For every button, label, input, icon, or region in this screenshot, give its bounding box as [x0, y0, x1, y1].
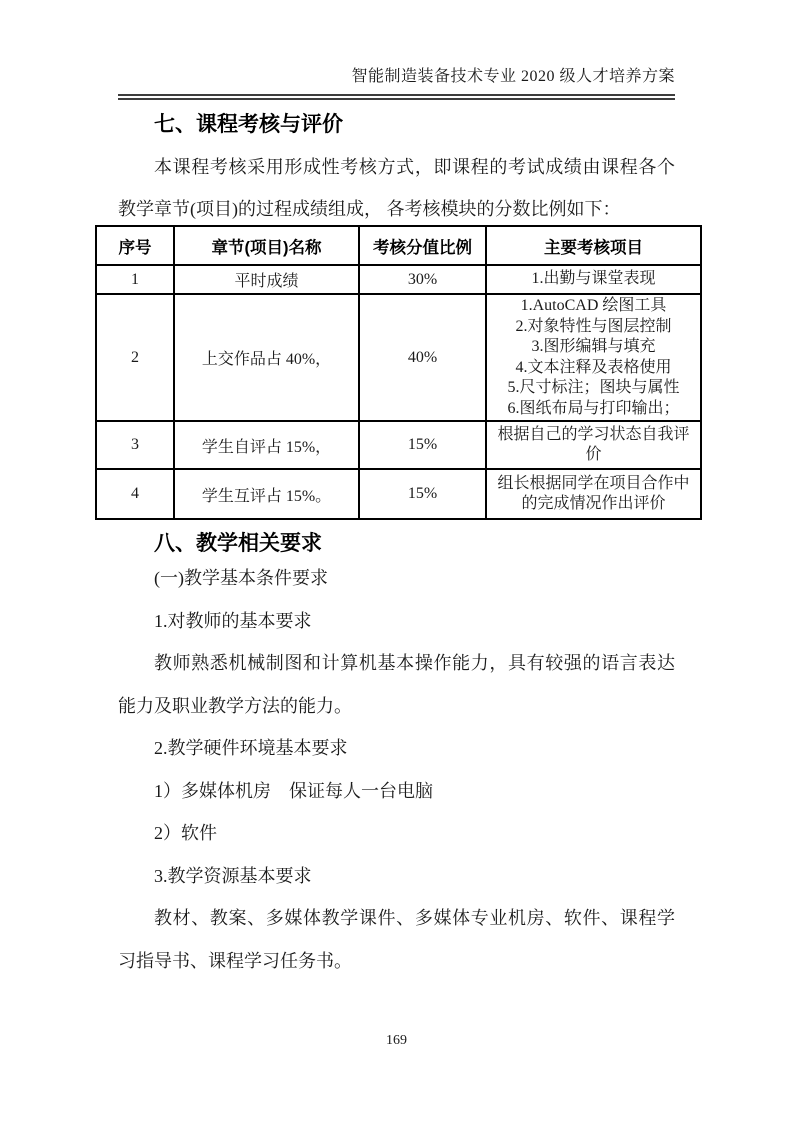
col-header-score-ratio: 考核分值比例 [359, 226, 486, 265]
table-row: 2 上交作品占 40%， 40% 1.AutoCAD 绘图工具 2.对象特性与图… [96, 294, 701, 421]
cell-score-ratio: 40% [359, 294, 486, 421]
item-line: 1.出勤与课堂表现 [491, 269, 696, 290]
cell-main-items: 1.AutoCAD 绘图工具 2.对象特性与图层控制 3.图形编辑与填充 4.文… [486, 294, 701, 421]
col-header-chapter-name: 章节(项目)名称 [174, 226, 359, 265]
item-line: 4.文本注释及表格使用 [491, 358, 696, 379]
item-line: 2.对象特性与图层控制 [491, 317, 696, 338]
page-number: 169 [0, 1033, 793, 1049]
running-header: 智能制造装备技术专业 2020 级人才培养方案 [118, 63, 675, 86]
cell-index: 3 [96, 421, 174, 469]
item-line: 3.图形编辑与填充 [491, 337, 696, 358]
cell-chapter-name: 上交作品占 40%， [174, 294, 359, 421]
table-row: 4 学生互评占 15%。 15% 组长根据同学在项目合作中的完成情况作出评价 [96, 469, 701, 519]
cell-chapter-name: 平时成绩 [174, 265, 359, 294]
paragraph: (一)教学基本条件要求 [118, 557, 675, 600]
paragraph: 3.教学资源基本要求 [118, 855, 675, 898]
assessment-table: 序号 章节(项目)名称 考核分值比例 主要考核项目 1 平时成绩 30% 1.出… [95, 225, 702, 520]
col-header-index: 序号 [96, 226, 174, 265]
cell-score-ratio: 15% [359, 469, 486, 519]
paragraph: 2.教学硬件环境基本要求 [118, 727, 675, 770]
section-7-title: 七、课程考核与评价 [154, 108, 343, 138]
paragraph: 1）多媒体机房 保证每人一台电脑 [118, 770, 675, 813]
cell-chapter-name: 学生互评占 15%。 [174, 469, 359, 519]
section-7-intro-paragraph: 本课程考核采用形成性考核方式，即课程的考试成绩由课程各个教学章节(项目)的过程成… [118, 146, 675, 230]
cell-index: 4 [96, 469, 174, 519]
header-rule [118, 94, 675, 100]
section-8-body: (一)教学基本条件要求 1.对教师的基本要求 教师熟悉机械制图和计算机基本操作能… [118, 557, 675, 982]
cell-main-items: 1.出勤与课堂表现 [486, 265, 701, 294]
table-row: 3 学生自评占 15%， 15% 根据自己的学习状态自我评价 [96, 421, 701, 469]
section-8-title: 八、教学相关要求 [154, 527, 322, 557]
cell-main-items: 根据自己的学习状态自我评价 [486, 421, 701, 469]
item-line: 根据自己的学习状态自我评价 [491, 425, 696, 466]
cell-main-items: 组长根据同学在项目合作中的完成情况作出评价 [486, 469, 701, 519]
cell-chapter-name: 学生自评占 15%， [174, 421, 359, 469]
item-line: 组长根据同学在项目合作中的完成情况作出评价 [491, 474, 696, 515]
cell-score-ratio: 15% [359, 421, 486, 469]
col-header-main-items: 主要考核项目 [486, 226, 701, 265]
item-line: 1.AutoCAD 绘图工具 [491, 296, 696, 317]
paragraph: 2）软件 [118, 812, 675, 855]
item-line: 6.图纸布局与打印输出； [491, 399, 696, 420]
cell-index: 1 [96, 265, 174, 294]
document-page: 智能制造装备技术专业 2020 级人才培养方案 七、课程考核与评价 本课程考核采… [0, 0, 793, 1122]
item-line: 5.尺寸标注；图块与属性 [491, 378, 696, 399]
table-header-row: 序号 章节(项目)名称 考核分值比例 主要考核项目 [96, 226, 701, 265]
paragraph: 教师熟悉机械制图和计算机基本操作能力，具有较强的语言表达能力及职业教学方法的能力… [118, 642, 675, 727]
table-row: 1 平时成绩 30% 1.出勤与课堂表现 [96, 265, 701, 294]
cell-score-ratio: 30% [359, 265, 486, 294]
cell-index: 2 [96, 294, 174, 421]
paragraph: 教材、教案、多媒体教学课件、多媒体专业机房、软件、课程学习指导书、课程学习任务书… [118, 897, 675, 982]
paragraph: 1.对教师的基本要求 [118, 600, 675, 643]
